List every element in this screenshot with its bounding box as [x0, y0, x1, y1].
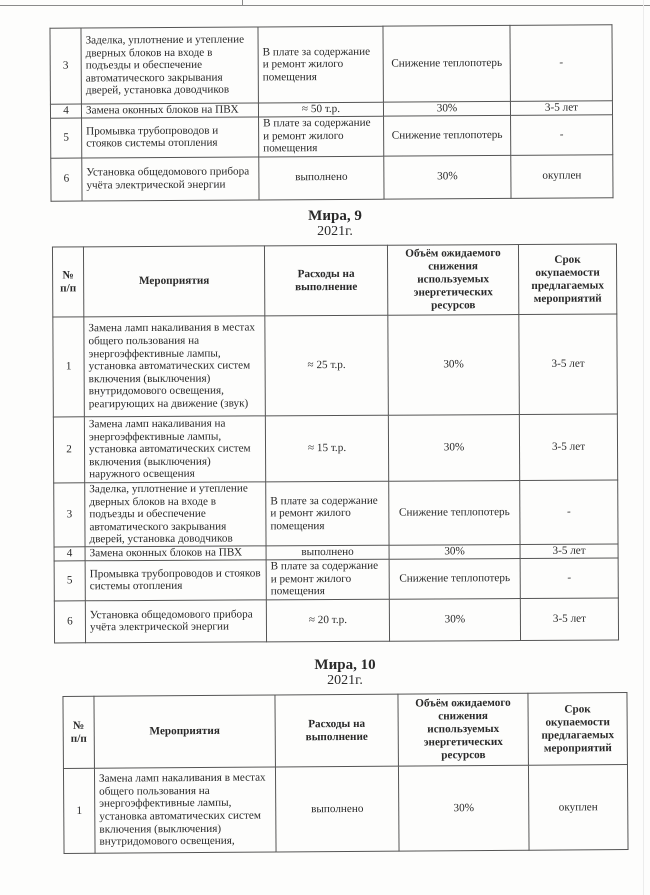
year-label: 2021г.	[235, 224, 435, 239]
column-header-number: № п/п	[52, 247, 83, 317]
table-row: 1 Замена ламп накаливания в местах общег…	[53, 314, 618, 417]
section-heading: Мира, 9 2021г.	[235, 208, 435, 239]
payback-cell: -	[510, 25, 612, 102]
table-header-row: № п/п Мероприятия Расходы на выполнение …	[63, 693, 627, 769]
measure-cell: Замена оконных блоков на ПВХ	[85, 546, 266, 561]
payback-cell: 3-5 лет	[519, 414, 617, 481]
payback-cell: -	[511, 114, 613, 155]
row-number: 1	[63, 768, 95, 853]
measure-cell: Заделка, уплотнение и утепление дверных …	[81, 27, 258, 104]
measure-cell: Замена ламп накаливания на энергоэффекти…	[84, 416, 265, 483]
effect-cell: 30%	[389, 545, 520, 559]
payback-cell: 3-5 лет	[520, 544, 618, 558]
column-header-cost: Расходы на выполнение	[275, 694, 398, 767]
column-header-cost: Расходы на выполнение	[264, 245, 387, 316]
cost-cell: В плате за содержание и ремонт жилого по…	[266, 481, 389, 546]
measure-cell: Промывка трубопроводов и стояков системы…	[85, 559, 266, 600]
cost-cell: В плате за содержание и ремонт жилого по…	[266, 559, 389, 600]
cost-cell: ≈ 20 т.р.	[266, 599, 389, 642]
measure-cell: Заделка, уплотнение и утепление дверных …	[85, 482, 266, 547]
column-header-effect: Объём ожидаемого снижения используемых э…	[387, 245, 518, 316]
row-number: 2	[53, 417, 84, 483]
cost-cell: выполнено	[259, 156, 384, 200]
cost-cell: ≈ 15 т.р.	[265, 415, 388, 482]
measure-cell: Установка общедомового прибора учёта эле…	[82, 157, 259, 201]
effect-cell: Снижение теплопотерь	[384, 115, 511, 156]
address-title: Мира, 10	[245, 657, 445, 673]
row-number: 5	[51, 118, 82, 158]
table-row: 3 Заделка, уплотнение и утепление дверны…	[54, 480, 618, 547]
payback-cell: 3-5 лет	[520, 598, 618, 641]
payback-cell: окуплен	[511, 154, 613, 198]
effect-cell: 30%	[398, 765, 529, 851]
measures-table-mira-10: № п/п Мероприятия Расходы на выполнение …	[62, 692, 628, 854]
measure-cell: Замена ламп накаливания в местах общего …	[94, 767, 276, 853]
measure-cell: Промывка трубопроводов и стояков системы…	[82, 117, 259, 158]
section-heading: Мира, 10 2021г.	[245, 657, 445, 688]
cost-cell: В плате за содержание и ремонт жилого по…	[259, 116, 384, 157]
effect-cell: 30%	[388, 315, 520, 416]
column-header-payback: Срок окупаемости предлагаемых мероприяти…	[528, 693, 628, 766]
column-header-measures: Мероприятия	[83, 246, 264, 317]
effect-cell: 30%	[389, 598, 520, 641]
measure-cell: Замена оконных блоков на ПВХ	[81, 103, 258, 118]
table-row: 5 Промывка трубопроводов и стояков систе…	[54, 558, 618, 601]
column-header-effect: Объём ожидаемого снижения используемых э…	[398, 693, 528, 766]
effect-cell: 30%	[384, 155, 511, 199]
row-number: 4	[54, 547, 85, 561]
measures-table-continued: 3 Заделка, уплотнение и утепление дверны…	[49, 24, 613, 201]
effect-cell: 30%	[383, 101, 510, 115]
address-title: Мира, 9	[235, 208, 435, 224]
effect-cell: Снижение теплопотерь	[389, 481, 520, 546]
row-number: 3	[54, 483, 85, 547]
row-number: 3	[50, 28, 81, 104]
table-row: 3 Заделка, уплотнение и утепление дверны…	[50, 25, 612, 104]
row-number: 4	[50, 104, 81, 118]
measure-cell: Установка общедомового прибора учёта эле…	[85, 599, 266, 642]
scan-edge	[643, 0, 644, 895]
year-label: 2021г.	[245, 673, 445, 688]
cost-cell: ≈ 25 т.р.	[265, 315, 389, 416]
previous-table-bottom-border	[0, 0, 650, 6]
payback-cell: -	[520, 480, 618, 545]
table-row: 5 Промывка трубопроводов и стояков систе…	[51, 114, 613, 157]
payback-cell: -	[520, 558, 618, 599]
cost-cell: выполнено	[275, 766, 399, 852]
column-header-measures: Мероприятия	[94, 695, 275, 768]
measure-cell: Замена ламп накаливания в местах общего …	[84, 316, 266, 417]
table-header-row: № п/п Мероприятия Расходы на выполнение …	[52, 244, 616, 317]
measures-table-mira-9: № п/п Мероприятия Расходы на выполнение …	[52, 244, 619, 644]
effect-cell: Снижение теплопотерь	[383, 25, 510, 102]
row-number: 1	[53, 317, 85, 417]
column-header-payback: Срок окупаемости предлагаемых мероприяти…	[518, 244, 616, 315]
cost-cell: В плате за содержание и ремонт жилого по…	[258, 26, 383, 103]
table-row: 6 Установка общедомового прибора учёта э…	[51, 154, 613, 200]
cost-cell: выполнено	[266, 545, 389, 559]
row-number: 5	[54, 560, 85, 600]
cost-cell: ≈ 50 т.р.	[258, 102, 383, 116]
table-row: 2 Замена ламп накаливания на энергоэффек…	[53, 414, 617, 483]
effect-cell: Снижение теплопотерь	[389, 558, 520, 599]
column-header-number: № п/п	[63, 696, 95, 768]
table-row: 6 Установка общедомового прибора учёта э…	[54, 598, 618, 643]
payback-cell: 3-5 лет	[519, 314, 618, 415]
row-number: 6	[54, 600, 85, 642]
payback-cell: окуплен	[528, 765, 628, 851]
table-row: 1 Замена ламп накаливания в местах общег…	[63, 765, 628, 854]
row-number: 6	[51, 158, 82, 201]
effect-cell: 30%	[388, 415, 519, 482]
payback-cell: 3-5 лет	[510, 101, 612, 115]
